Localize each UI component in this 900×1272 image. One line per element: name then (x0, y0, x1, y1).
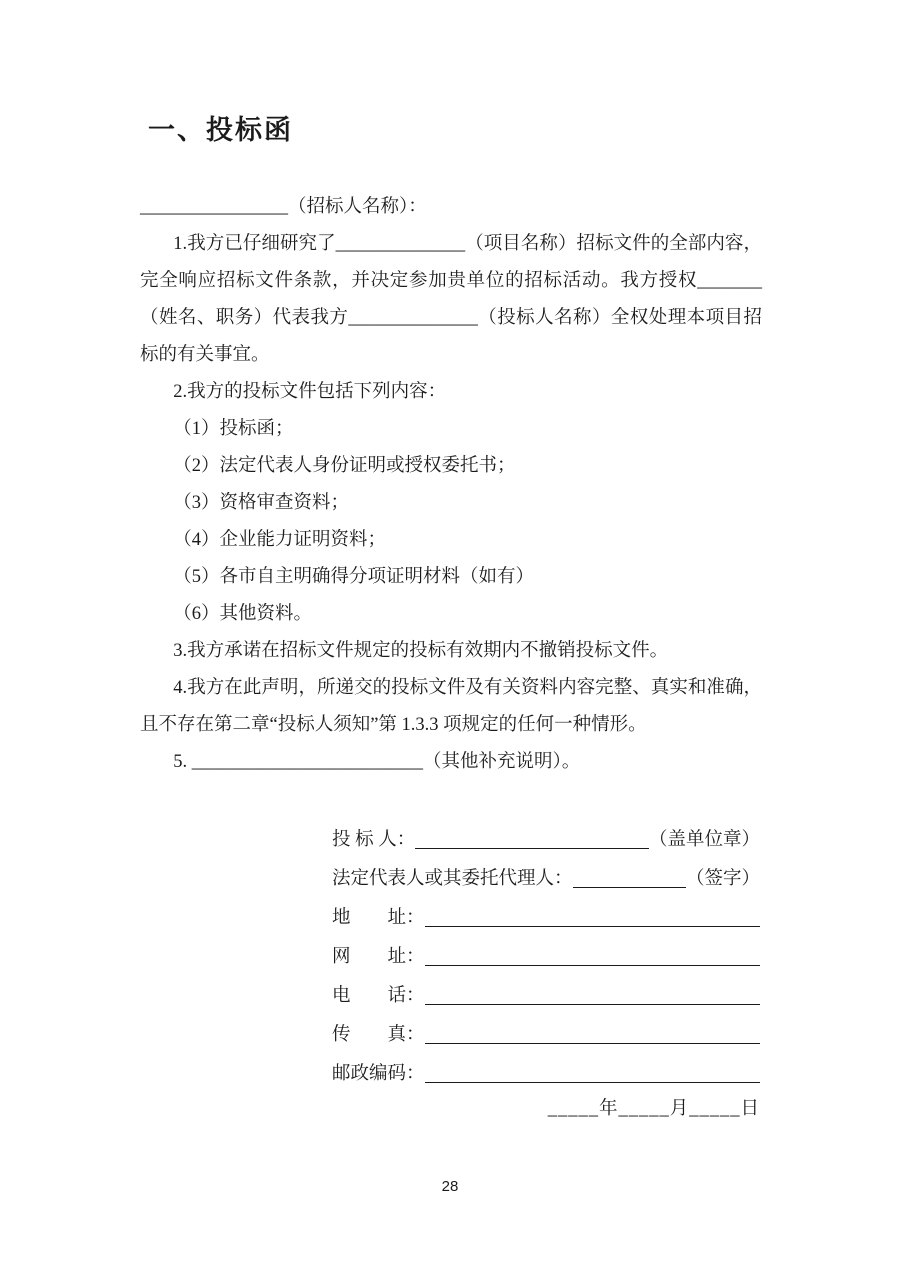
fax-blank-line (425, 1019, 760, 1044)
signature-row-postcode: 邮政编码： (332, 1046, 760, 1085)
signature-block: 投 标 人： （盖单位章） 法定代表人或其委托代理人： （签字） 地 址： 网 … (332, 812, 760, 1120)
website-blank-line (425, 941, 760, 966)
phone-blank-line (425, 980, 760, 1005)
legal-rep-blank-line (573, 863, 686, 888)
page-number: 28 (0, 1178, 900, 1195)
fax-label: 传 真： (332, 1020, 425, 1046)
bidder-suffix: （盖单位章） (649, 825, 760, 851)
signature-row-phone: 电 话： (332, 968, 760, 1007)
phone-label: 电 话： (332, 981, 425, 1007)
postcode-blank-line (425, 1058, 760, 1083)
salutation-line: ________________（招标人名称）： (140, 189, 762, 226)
paragraph-4: 4.我方在此声明，所递交的投标文件及有关资料内容完整、真实和准确，且不存在第二章… (140, 670, 762, 744)
signature-row-address: 地 址： (332, 890, 760, 929)
list-item-2: （2）法定代表人身份证明或授权委托书； (140, 448, 762, 485)
document-body: ________________（招标人名称）： 1.我方已仔细研究了_____… (140, 189, 762, 781)
bidder-label: 投 标 人： (332, 825, 415, 851)
address-blank-line (425, 902, 760, 927)
list-item-4: （4）企业能力证明资料； (140, 522, 762, 559)
paragraph-2: 2.我方的投标文件包括下列内容： (140, 374, 762, 411)
page-title: 一、投标函 (148, 108, 293, 147)
signature-row-website: 网 址： (332, 929, 760, 968)
paragraph-5: 5. _________________________（其他补充说明）。 (140, 744, 762, 781)
legal-rep-suffix: （签字） (686, 864, 760, 890)
list-item-5: （5）各市自主明确得分项证明材料（如有） (140, 559, 762, 596)
bidder-blank-line (415, 824, 649, 849)
list-item-1: （1）投标函； (140, 411, 762, 448)
list-item-3: （3）资格审查资料； (140, 485, 762, 522)
signature-row-legal-rep: 法定代表人或其委托代理人： （签字） (332, 851, 760, 890)
legal-rep-label: 法定代表人或其委托代理人： (332, 864, 573, 890)
address-label: 地 址： (332, 903, 425, 929)
signature-row-fax: 传 真： (332, 1007, 760, 1046)
list-item-6: （6）其他资料。 (140, 596, 762, 633)
postcode-label: 邮政编码： (332, 1059, 425, 1085)
paragraph-3: 3.我方承诺在招标文件规定的投标有效期内不撤销投标文件。 (140, 633, 762, 670)
document-page: 一、投标函 ________________（招标人名称）： 1.我方已仔细研究… (0, 0, 900, 1272)
paragraph-1: 1.我方已仔细研究了______________（项目名称）招标文件的全部内容，… (140, 226, 762, 374)
date-line: _____年_____月_____日 (332, 1094, 760, 1120)
signature-row-bidder: 投 标 人： （盖单位章） (332, 812, 760, 851)
website-label: 网 址： (332, 942, 425, 968)
